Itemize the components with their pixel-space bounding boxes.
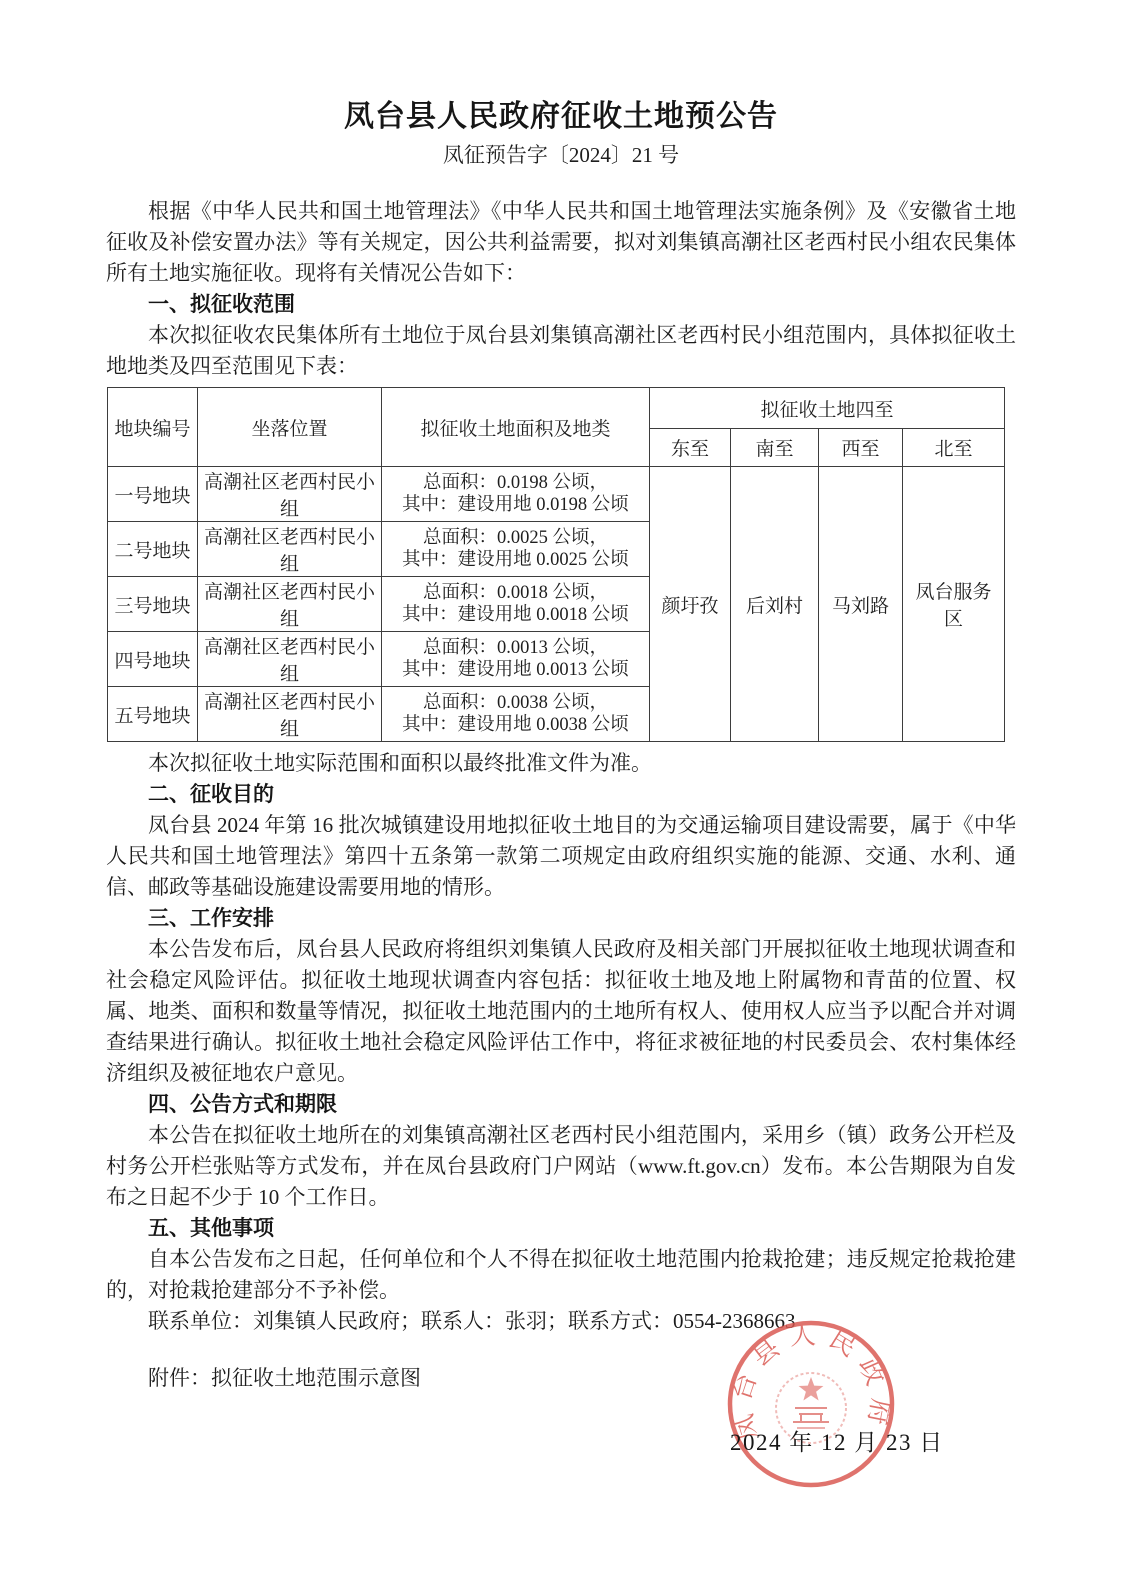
section2-heading: 二、征收目的 xyxy=(106,779,1016,810)
location-cell: 高潮社区老西村民小组 xyxy=(198,522,382,577)
header-east: 东至 xyxy=(650,429,731,467)
area-total: 总面积：0.0018 公顷， xyxy=(386,582,645,604)
header-north: 北至 xyxy=(903,429,1005,467)
location-cell: 高潮社区老西村民小组 xyxy=(198,632,382,687)
official-seal-graphic: 凤台县人民政府 xyxy=(723,1316,899,1492)
section4-paragraph: 本公告在拟征收土地所在的刘集镇高潮社区老西村民小组范围内，采用乡（镇）政务公开栏… xyxy=(106,1120,1016,1213)
area-cell: 总面积：0.0198 公顷， 其中：建设用地 0.0198 公顷 xyxy=(382,467,650,522)
header-south: 南至 xyxy=(731,429,819,467)
table-note-paragraph: 本次拟征收土地实际范围和面积以最终批准文件为准。 xyxy=(106,748,1016,779)
announcement-page: 凤台县人民政府征收土地预公告 凤征预告字〔2024〕21 号 根据《中华人民共和… xyxy=(0,0,1121,1586)
area-total: 总面积：0.0013 公顷， xyxy=(386,637,645,659)
east-value-cell: 颜圩孜 xyxy=(650,467,731,742)
area-cell: 总面积：0.0038 公顷， 其中：建设用地 0.0038 公顷 xyxy=(382,687,650,742)
plot-no-cell: 三号地块 xyxy=(108,577,198,632)
plot-no-cell: 二号地块 xyxy=(108,522,198,577)
header-location: 坐落位置 xyxy=(198,388,382,467)
plot-no-cell: 一号地块 xyxy=(108,467,198,522)
area-detail: 其中：建设用地 0.0038 公顷 xyxy=(386,714,645,736)
header-plot-no: 地块编号 xyxy=(108,388,198,467)
section5-paragraph: 自本公告发布之日起，任何单位和个人不得在拟征收土地范围内抢栽抢建；违反规定抢栽抢… xyxy=(106,1244,1016,1306)
table-row: 一号地块 高潮社区老西村民小组 总面积：0.0198 公顷， 其中：建设用地 0… xyxy=(108,467,1005,522)
section5-heading: 五、其他事项 xyxy=(106,1213,1016,1244)
north-value-cell: 凤台服务区 xyxy=(903,467,1005,742)
section1-paragraph: 本次拟征收农民集体所有土地位于凤台县刘集镇高潮社区老西村民小组范围内，具体拟征收… xyxy=(106,320,1016,382)
area-detail: 其中：建设用地 0.0013 公顷 xyxy=(386,659,645,681)
plot-no-cell: 五号地块 xyxy=(108,687,198,742)
page-title: 凤台县人民政府征收土地预公告 xyxy=(106,98,1016,136)
area-cell: 总面积：0.0018 公顷， 其中：建设用地 0.0018 公顷 xyxy=(382,577,650,632)
area-cell: 总面积：0.0025 公顷， 其中：建设用地 0.0025 公顷 xyxy=(382,522,650,577)
section3-heading: 三、工作安排 xyxy=(106,903,1016,934)
header-four-sides: 拟征收土地四至 xyxy=(650,388,1005,429)
area-total: 总面积：0.0038 公顷， xyxy=(386,692,645,714)
document-content: 凤台县人民政府征收土地预公告 凤征预告字〔2024〕21 号 根据《中华人民共和… xyxy=(106,98,1016,1394)
area-detail: 其中：建设用地 0.0018 公顷 xyxy=(386,604,645,626)
issue-date: 2024 年 12 月 23 日 xyxy=(730,1424,944,1457)
location-cell: 高潮社区老西村民小组 xyxy=(198,467,382,522)
header-west: 西至 xyxy=(819,429,903,467)
doc-number: 凤征预告字〔2024〕21 号 xyxy=(106,140,1016,170)
header-area: 拟征收土地面积及地类 xyxy=(382,388,650,467)
intro-paragraph: 根据《中华人民共和国土地管理法》《中华人民共和国土地管理法实施条例》及《安徽省土… xyxy=(106,196,1016,289)
official-seal: 凤台县人民政府 xyxy=(723,1316,899,1492)
land-table: 地块编号 坐落位置 拟征收土地面积及地类 拟征收土地四至 东至 南至 西至 北至… xyxy=(107,387,1005,742)
section3-paragraph: 本公告发布后，凤台县人民政府将组织刘集镇人民政府及相关部门开展拟征收土地现状调查… xyxy=(106,934,1016,1089)
plot-no-cell: 四号地块 xyxy=(108,632,198,687)
section4-heading: 四、公告方式和期限 xyxy=(106,1089,1016,1120)
location-cell: 高潮社区老西村民小组 xyxy=(198,577,382,632)
section2-paragraph: 凤台县 2024 年第 16 批次城镇建设用地拟征收土地目的为交通运输项目建设需… xyxy=(106,810,1016,903)
west-value-cell: 马刘路 xyxy=(819,467,903,742)
area-total: 总面积：0.0025 公顷， xyxy=(386,527,645,549)
location-cell: 高潮社区老西村民小组 xyxy=(198,687,382,742)
south-value-cell: 后刘村 xyxy=(731,467,819,742)
area-cell: 总面积：0.0013 公顷， 其中：建设用地 0.0013 公顷 xyxy=(382,632,650,687)
area-total: 总面积：0.0198 公顷， xyxy=(386,472,645,494)
area-detail: 其中：建设用地 0.0198 公顷 xyxy=(386,494,645,516)
table-header-row-1: 地块编号 坐落位置 拟征收土地面积及地类 拟征收土地四至 xyxy=(108,388,1005,429)
area-detail: 其中：建设用地 0.0025 公顷 xyxy=(386,549,645,571)
section1-heading: 一、拟征收范围 xyxy=(106,289,1016,320)
